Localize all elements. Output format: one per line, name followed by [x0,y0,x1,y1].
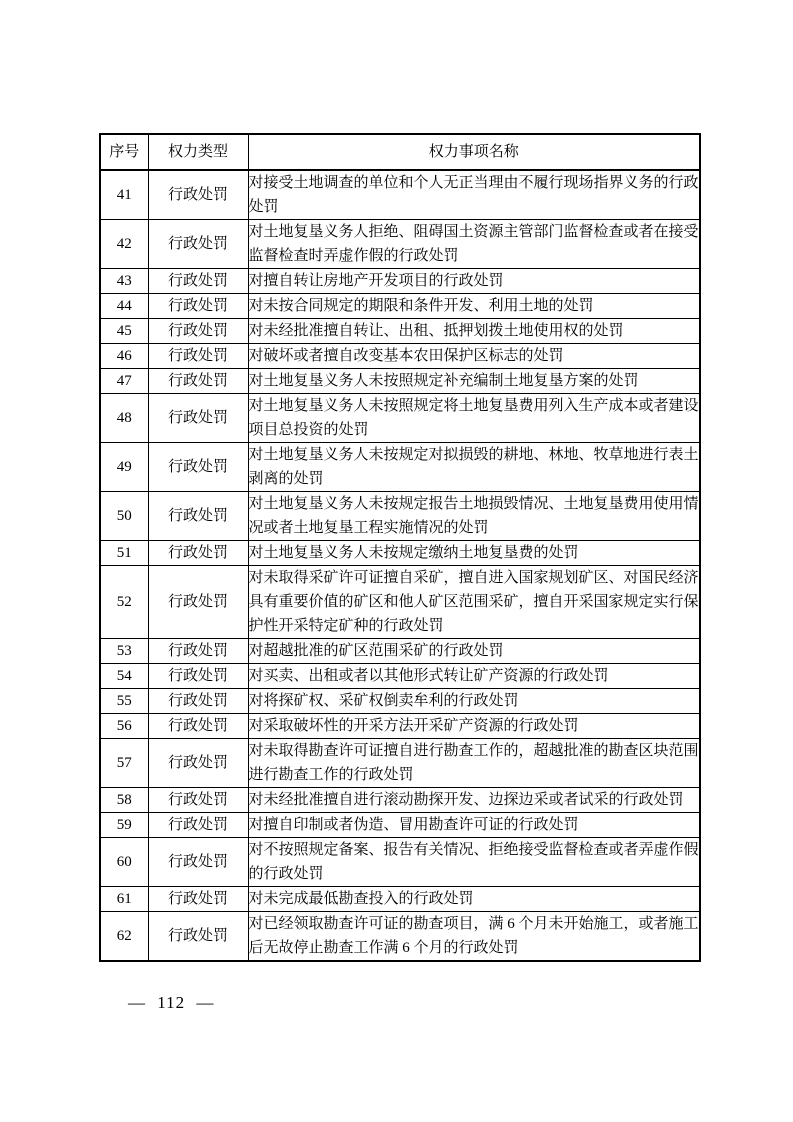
cell-power-item-name: 对土地复垦义务人未按照规定将土地复垦费用列入生产成本或者建设项目总投资的处罚 [248,394,700,443]
cell-power-item-name: 对擅自印制或者伪造、冒用勘查许可证的行政处罚 [248,813,700,838]
cell-power-type: 行政处罚 [148,838,248,887]
page-number: — 112 — [128,993,214,1013]
col-header-no: 序号 [100,134,148,170]
table-row: 50 行政处罚 对土地复垦义务人未按规定报告土地损毁情况、土地复垦费用使用情况或… [100,492,700,541]
table-header-row: 序号 权力类型 权力事项名称 [100,134,700,170]
cell-power-item-name: 对土地复垦义务人未按规定对拟损毁的耕地、林地、牧草地进行表土剥离的处罚 [248,443,700,492]
table-row: 45 行政处罚 对未经批准擅自转让、出租、抵押划拨土地使用权的处罚 [100,319,700,344]
cell-power-item-name: 对将探矿权、采矿权倒卖牟利的行政处罚 [248,689,700,714]
cell-power-type: 行政处罚 [148,541,248,566]
cell-serial-number: 41 [100,170,148,220]
cell-power-type: 行政处罚 [148,912,248,962]
cell-serial-number: 61 [100,887,148,912]
cell-power-item-name: 对未经批准擅自转让、出租、抵押划拨土地使用权的处罚 [248,319,700,344]
cell-power-item-name: 对接受土地调查的单位和个人无正当理由不履行现场指界义务的行政处罚 [248,170,700,220]
table-row: 48 行政处罚 对土地复垦义务人未按照规定将土地复垦费用列入生产成本或者建设项目… [100,394,700,443]
cell-power-type: 行政处罚 [148,813,248,838]
cell-power-item-name: 对超越批准的矿区范围采矿的行政处罚 [248,639,700,664]
cell-power-type: 行政处罚 [148,739,248,788]
cell-power-item-name: 对已经领取勘查许可证的勘查项目，满 6 个月未开始施工，或者施工后无故停止勘查工… [248,912,700,962]
cell-power-item-name: 对未取得采矿许可证擅自采矿，擅自进入国家规划矿区、对国民经济具有重要价值的矿区和… [248,566,700,639]
cell-power-type: 行政处罚 [148,689,248,714]
cell-power-item-name: 对擅自转让房地产开发项目的行政处罚 [248,269,700,294]
table-row: 52 行政处罚 对未取得采矿许可证擅自采矿，擅自进入国家规划矿区、对国民经济具有… [100,566,700,639]
cell-power-item-name: 对土地复垦义务人拒绝、阻碍国土资源主管部门监督检查或者在接受监督检查时弄虚作假的… [248,220,700,269]
table-row: 56 行政处罚 对采取破坏性的开采方法开采矿产资源的行政处罚 [100,714,700,739]
cell-power-item-name: 对土地复垦义务人未按规定报告土地损毁情况、土地复垦费用使用情况或者土地复垦工程实… [248,492,700,541]
cell-power-type: 行政处罚 [148,319,248,344]
cell-power-type: 行政处罚 [148,344,248,369]
cell-serial-number: 44 [100,294,148,319]
cell-serial-number: 51 [100,541,148,566]
power-table-body: 41 行政处罚 对接受土地调查的单位和个人无正当理由不履行现场指界义务的行政处罚… [100,170,700,961]
table-row: 57 行政处罚 对未取得勘查许可证擅自进行勘查工作的，超越批准的勘查区块范围进行… [100,739,700,788]
cell-serial-number: 58 [100,788,148,813]
cell-serial-number: 60 [100,838,148,887]
power-items-table: 序号 权力类型 权力事项名称 41 行政处罚 对接受土地调查的单位和个人无正当理… [99,133,701,962]
cell-serial-number: 42 [100,220,148,269]
cell-serial-number: 52 [100,566,148,639]
cell-power-type: 行政处罚 [148,170,248,220]
cell-serial-number: 48 [100,394,148,443]
cell-power-item-name: 对土地复垦义务人未按规定缴纳土地复垦费的处罚 [248,541,700,566]
table-row: 47 行政处罚 对土地复垦义务人未按照规定补充编制土地复垦方案的处罚 [100,369,700,394]
cell-power-type: 行政处罚 [148,887,248,912]
cell-serial-number: 62 [100,912,148,962]
cell-power-type: 行政处罚 [148,714,248,739]
cell-power-item-name: 对土地复垦义务人未按照规定补充编制土地复垦方案的处罚 [248,369,700,394]
cell-power-type: 行政处罚 [148,639,248,664]
cell-serial-number: 47 [100,369,148,394]
document-page: 序号 权力类型 权力事项名称 41 行政处罚 对接受土地调查的单位和个人无正当理… [0,0,793,1122]
cell-power-item-name: 对未取得勘查许可证擅自进行勘查工作的，超越批准的勘查区块范围进行勘查工作的行政处… [248,739,700,788]
cell-power-type: 行政处罚 [148,269,248,294]
cell-power-type: 行政处罚 [148,220,248,269]
cell-serial-number: 50 [100,492,148,541]
cell-serial-number: 59 [100,813,148,838]
cell-power-type: 行政处罚 [148,788,248,813]
table-row: 59 行政处罚 对擅自印制或者伪造、冒用勘查许可证的行政处罚 [100,813,700,838]
cell-serial-number: 54 [100,664,148,689]
table-row: 61 行政处罚 对未完成最低勘查投入的行政处罚 [100,887,700,912]
cell-power-type: 行政处罚 [148,566,248,639]
table-row: 54 行政处罚 对买卖、出租或者以其他形式转让矿产资源的行政处罚 [100,664,700,689]
col-header-name: 权力事项名称 [248,134,700,170]
table-row: 55 行政处罚 对将探矿权、采矿权倒卖牟利的行政处罚 [100,689,700,714]
cell-power-item-name: 对未按合同规定的期限和条件开发、利用土地的处罚 [248,294,700,319]
table-row: 49 行政处罚 对土地复垦义务人未按规定对拟损毁的耕地、林地、牧草地进行表土剥离… [100,443,700,492]
cell-power-item-name: 对不按照规定备案、报告有关情况、拒绝接受监督检查或者弄虚作假的行政处罚 [248,838,700,887]
cell-power-type: 行政处罚 [148,394,248,443]
table-row: 46 行政处罚 对破坏或者擅自改变基本农田保护区标志的处罚 [100,344,700,369]
col-header-type: 权力类型 [148,134,248,170]
cell-serial-number: 55 [100,689,148,714]
cell-power-item-name: 对未经批准擅自进行滚动勘探开发、边探边采或者试采的行政处罚 [248,788,700,813]
cell-power-item-name: 对采取破坏性的开采方法开采矿产资源的行政处罚 [248,714,700,739]
cell-power-type: 行政处罚 [148,443,248,492]
table-row: 53 行政处罚 对超越批准的矿区范围采矿的行政处罚 [100,639,700,664]
cell-serial-number: 45 [100,319,148,344]
cell-serial-number: 49 [100,443,148,492]
cell-power-type: 行政处罚 [148,369,248,394]
cell-serial-number: 46 [100,344,148,369]
cell-serial-number: 53 [100,639,148,664]
cell-power-type: 行政处罚 [148,492,248,541]
cell-serial-number: 43 [100,269,148,294]
table-row: 58 行政处罚 对未经批准擅自进行滚动勘探开发、边探边采或者试采的行政处罚 [100,788,700,813]
table-row: 51 行政处罚 对土地复垦义务人未按规定缴纳土地复垦费的处罚 [100,541,700,566]
cell-power-item-name: 对破坏或者擅自改变基本农田保护区标志的处罚 [248,344,700,369]
cell-power-item-name: 对未完成最低勘查投入的行政处罚 [248,887,700,912]
cell-serial-number: 57 [100,739,148,788]
table-header: 序号 权力类型 权力事项名称 [100,134,700,170]
table-row: 62 行政处罚 对已经领取勘查许可证的勘查项目，满 6 个月未开始施工，或者施工… [100,912,700,962]
cell-power-item-name: 对买卖、出租或者以其他形式转让矿产资源的行政处罚 [248,664,700,689]
table-row: 43 行政处罚 对擅自转让房地产开发项目的行政处罚 [100,269,700,294]
cell-power-type: 行政处罚 [148,664,248,689]
table-row: 41 行政处罚 对接受土地调查的单位和个人无正当理由不履行现场指界义务的行政处罚 [100,170,700,220]
cell-serial-number: 56 [100,714,148,739]
table-row: 60 行政处罚 对不按照规定备案、报告有关情况、拒绝接受监督检查或者弄虚作假的行… [100,838,700,887]
table-row: 42 行政处罚 对土地复垦义务人拒绝、阻碍国土资源主管部门监督检查或者在接受监督… [100,220,700,269]
cell-power-type: 行政处罚 [148,294,248,319]
table-row: 44 行政处罚 对未按合同规定的期限和条件开发、利用土地的处罚 [100,294,700,319]
